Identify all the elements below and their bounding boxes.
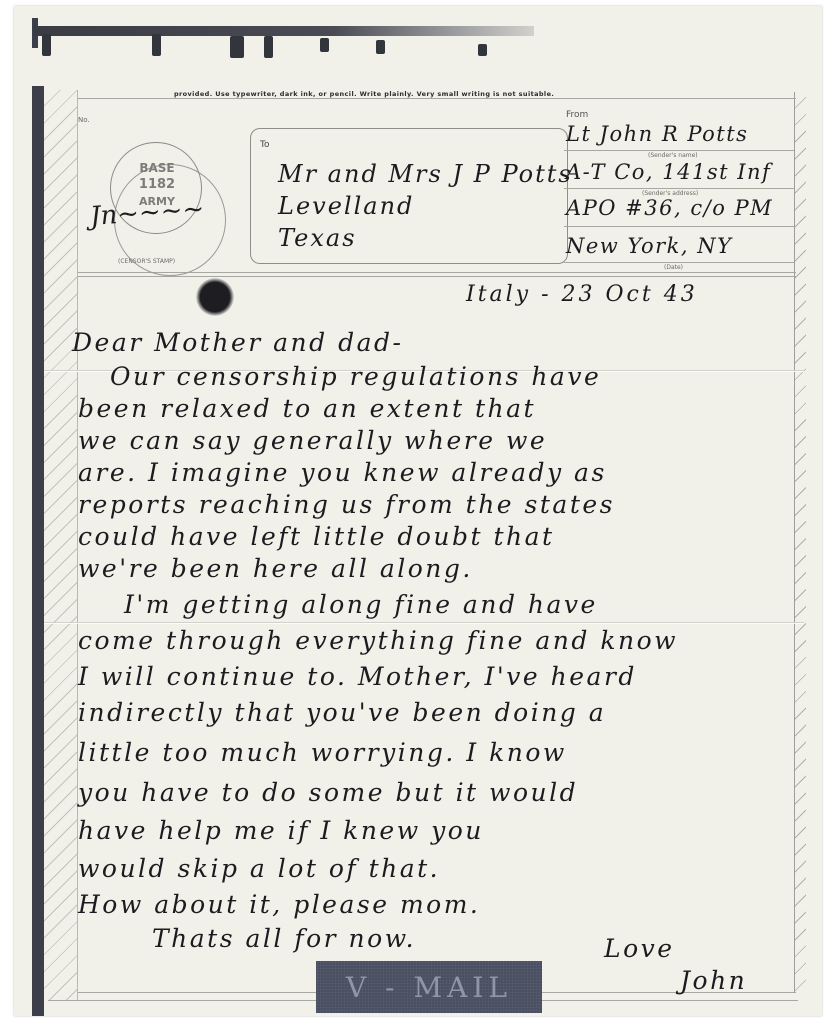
recipient-city: Levelland xyxy=(278,192,414,220)
letter-line: have help me if I knew you xyxy=(78,816,484,845)
film-tick xyxy=(320,38,329,52)
letter-line: reports reaching us from the states xyxy=(78,490,615,519)
from-label: From xyxy=(566,110,588,120)
letter-line: Thats all for now. xyxy=(152,924,416,953)
date-label: (Date) xyxy=(664,264,683,271)
letter-line: are. I imagine you knew already as xyxy=(78,458,607,487)
film-tick xyxy=(478,44,487,56)
stamp-line-1: BASE xyxy=(124,162,190,174)
left-margin-hatch xyxy=(44,90,78,1000)
letter-line: Our censorship regulations have xyxy=(110,362,601,391)
letter-line: I'm getting along fine and have xyxy=(124,590,598,619)
stamp-line-2: 1182 xyxy=(124,178,190,191)
letter-line: you have to do some but it would xyxy=(78,778,578,807)
address-divider-2 xyxy=(78,276,796,277)
date-rule xyxy=(564,262,794,263)
sender-name: Lt John R Potts xyxy=(566,122,748,146)
letter-line: we're been here all along. xyxy=(78,554,473,583)
fold-crease xyxy=(44,622,804,624)
film-tick xyxy=(376,40,385,54)
vmail-badge: V - MAIL xyxy=(316,961,542,1013)
sender-apo-rule xyxy=(564,226,794,227)
no-label: No. xyxy=(78,116,90,124)
right-margin-hatch xyxy=(794,92,806,992)
film-tick xyxy=(230,36,244,58)
letter-line: we can say generally where we xyxy=(78,426,547,455)
letter-line: I will continue to. Mother, I've heard xyxy=(78,662,637,691)
letter-line: could have left little doubt that xyxy=(78,522,555,551)
ink-blot xyxy=(196,278,234,316)
censor-stamp-label: (CENSOR'S STAMP) xyxy=(118,258,175,265)
sender-city: New York, NY xyxy=(566,234,733,258)
sender-address-rule xyxy=(564,188,794,189)
salutation: Dear Mother and dad- xyxy=(72,328,403,357)
header-rule xyxy=(78,98,796,99)
letter-line: been relaxed to an extent that xyxy=(78,394,536,423)
letter-line: come through everything fine and know xyxy=(78,626,678,655)
film-strip-bar xyxy=(34,26,534,36)
letter-line: would skip a lot of that. xyxy=(78,854,440,883)
signature: John xyxy=(680,966,747,995)
dateline: Italy - 23 Oct 43 xyxy=(466,282,698,307)
letter-line: indirectly that you've been doing a xyxy=(78,698,606,727)
sender-name-label: (Sender's name) xyxy=(648,152,698,159)
film-tick xyxy=(264,36,273,58)
vmail-sheet: provided. Use typewriter, dark ink, or p… xyxy=(14,6,822,1016)
recipient-state: Texas xyxy=(278,224,357,252)
film-edge-left xyxy=(32,86,44,1016)
sender-name-rule xyxy=(564,150,794,151)
recipient-name: Mr and Mrs J P Potts xyxy=(278,160,573,188)
form-instructions: provided. Use typewriter, dark ink, or p… xyxy=(174,90,734,98)
letter-line: little too much worrying. I know xyxy=(78,738,567,767)
letter-line: How about it, please mom. xyxy=(78,890,480,919)
film-tick xyxy=(152,34,161,56)
film-tick xyxy=(42,34,51,56)
closing: Love xyxy=(604,934,675,963)
sender-apo: APO #36, c/o PM xyxy=(566,196,773,220)
to-label: To xyxy=(260,140,269,150)
sender-address: A-T Co, 141st Inf xyxy=(566,160,771,184)
